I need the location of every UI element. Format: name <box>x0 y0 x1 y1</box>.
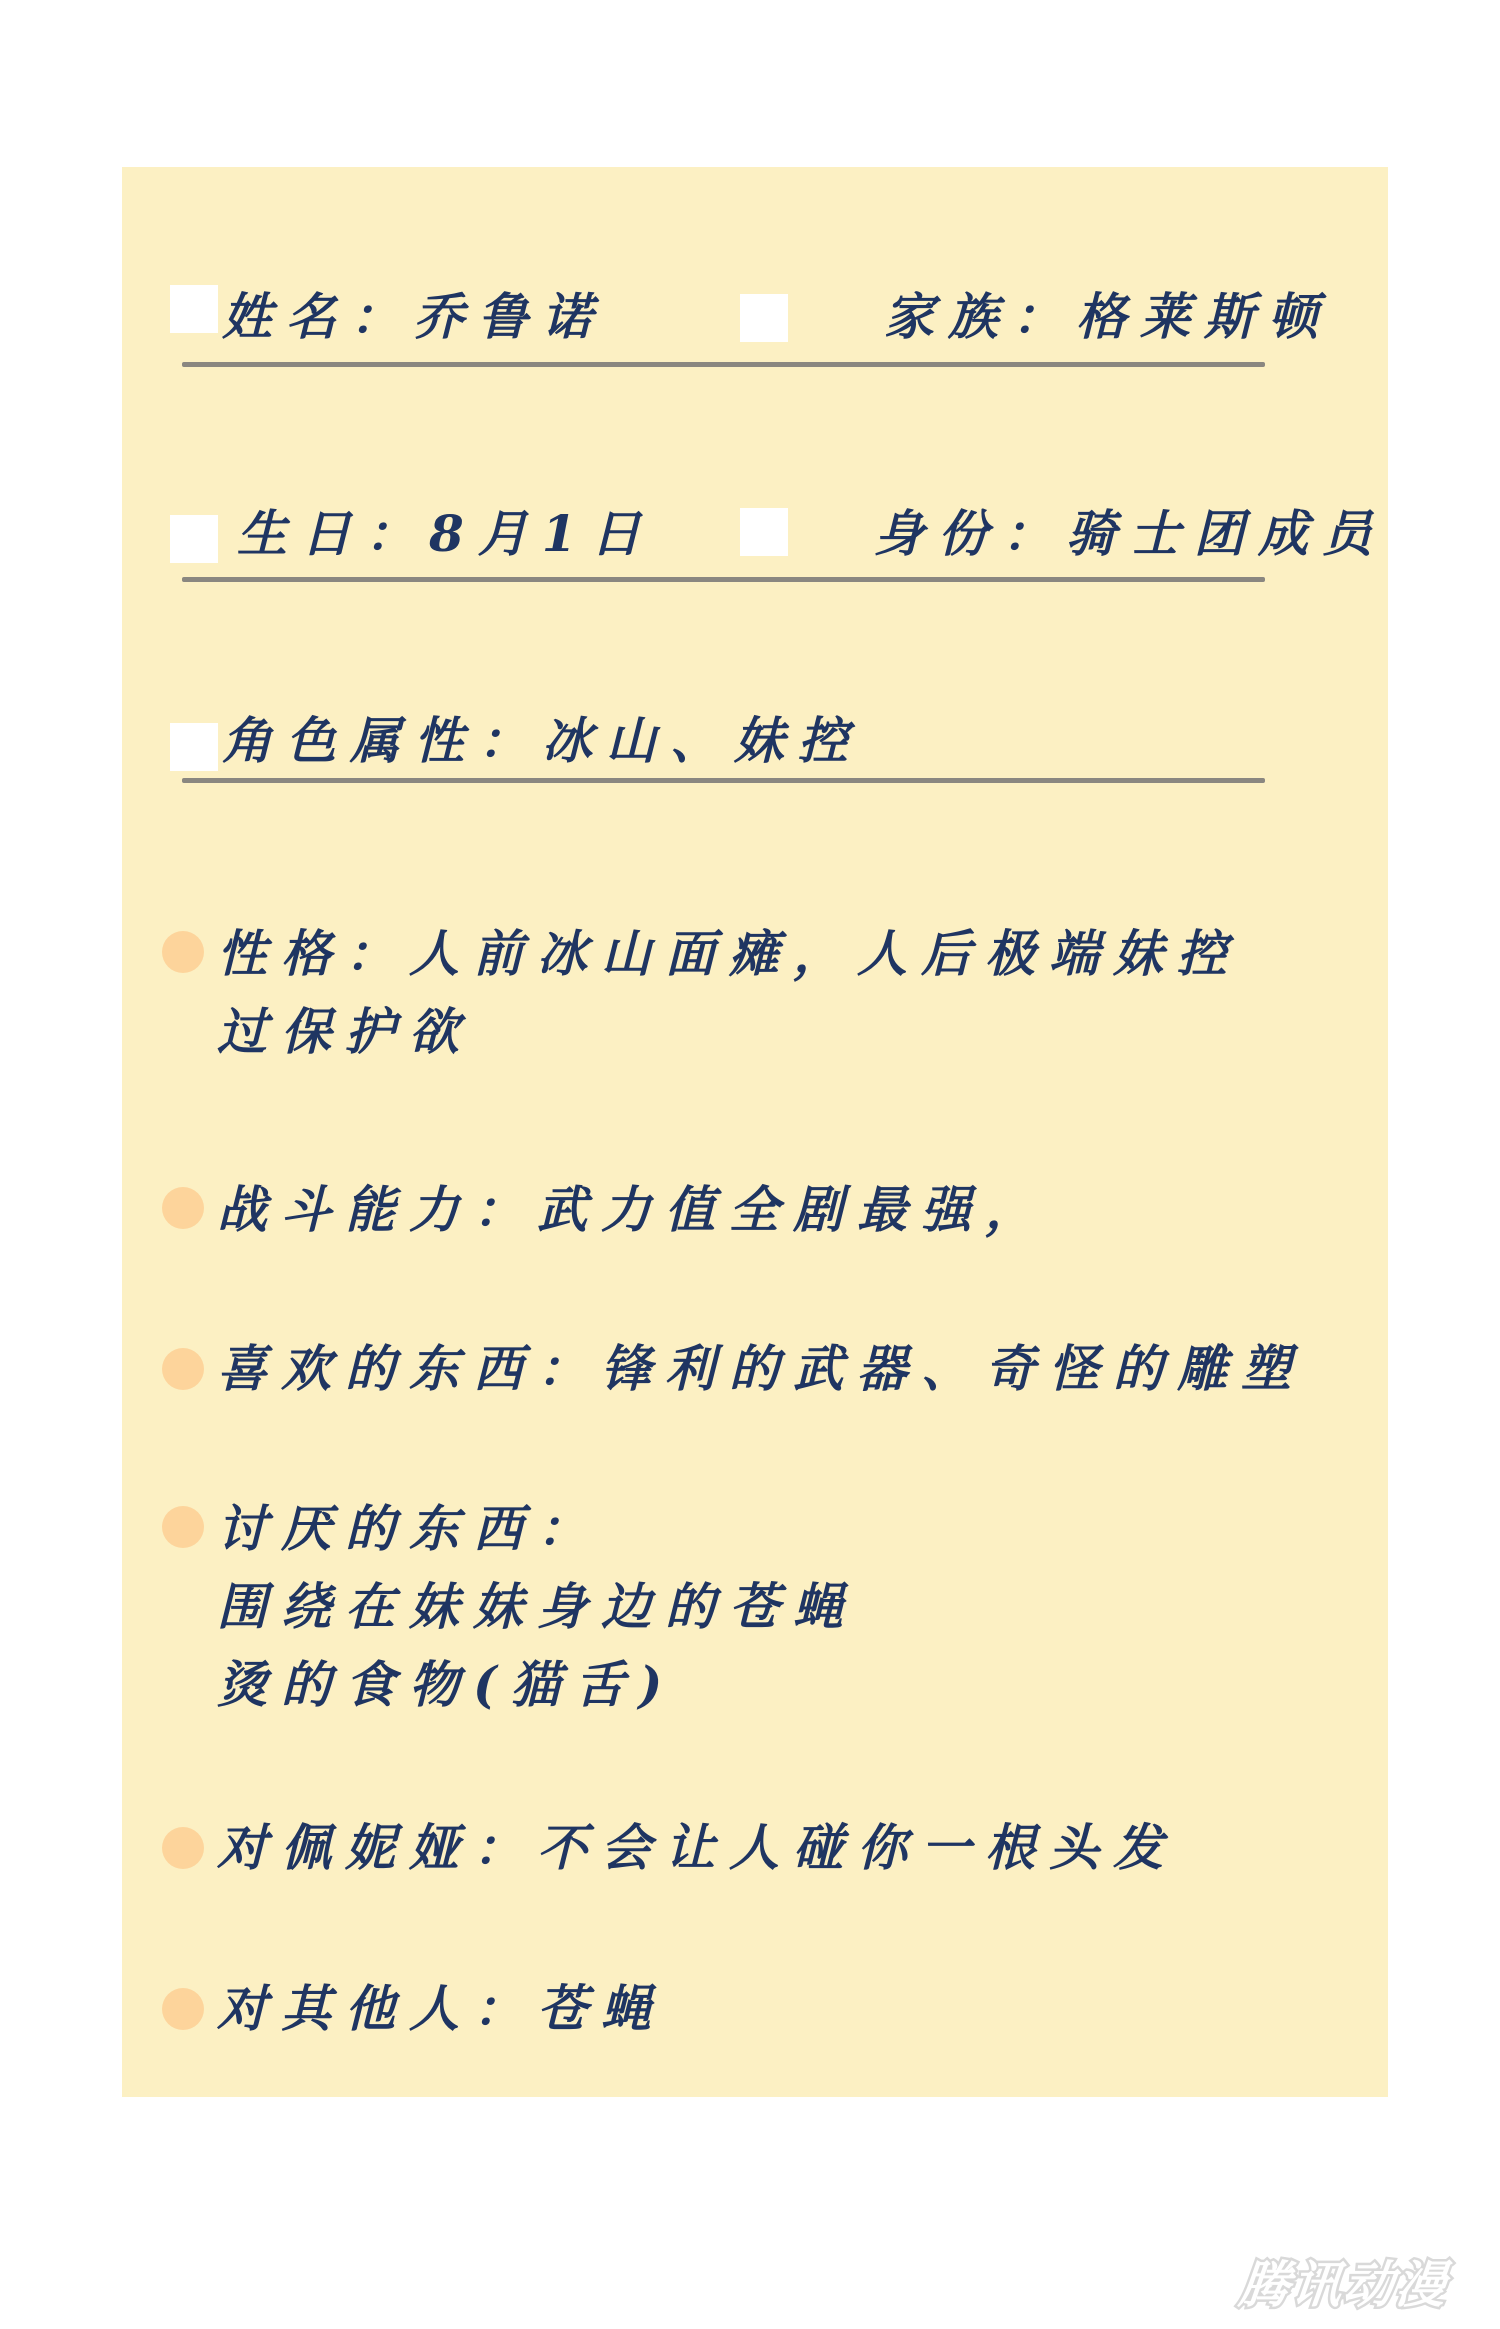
family-field: 家族：格莱斯顿 <box>884 287 1332 347</box>
birthday-value: 8月1日 <box>429 504 655 563</box>
identity-field: 身份：骑士团成员 <box>874 504 1386 564</box>
bullet-icon <box>162 1187 204 1229</box>
birthday-marker-icon <box>170 515 218 563</box>
detail-label: 对佩妮娅： <box>217 1818 537 1877</box>
attributes-field: 角色属性：冰山、妹控 <box>222 711 862 771</box>
row1-divider <box>182 362 1265 367</box>
attributes-label: 角色属性： <box>222 711 542 770</box>
detail-text: 对佩妮娅：不会让人碰你一根头发 <box>217 1809 1177 1887</box>
detail-text: 喜欢的东西：锋利的武器、奇怪的雕塑 <box>217 1330 1305 1408</box>
name-field: 姓名：乔鲁诺 <box>222 287 606 347</box>
bullet-icon <box>162 1348 204 1390</box>
name-marker-icon <box>170 285 218 333</box>
row2-divider <box>182 577 1265 582</box>
attributes-value: 冰山、妹控 <box>542 711 862 770</box>
watermark-logo: 腾讯动漫 <box>1236 2245 1452 2317</box>
bullet-icon <box>162 1506 204 1548</box>
detail-text: 讨厌的东西： 围绕在妹妹身边的苍蝇 烫的食物(猫舌) <box>217 1490 857 1724</box>
detail-text: 性格：人前冰山面瘫，人后极端妹控 过保护欲 <box>217 915 1241 1071</box>
detail-line: 烫的食物(猫舌) <box>217 1646 857 1724</box>
bullet-icon <box>162 1988 204 2030</box>
detail-line: 过保护欲 <box>217 993 1241 1071</box>
character-profile-card: 姓名：乔鲁诺 家族：格莱斯顿 生日：8月1日 身份：骑士团成员 角色属性：冰山、… <box>122 167 1388 2097</box>
name-label: 姓名： <box>222 287 414 346</box>
detail-label: 喜欢的东西： <box>217 1339 601 1398</box>
attributes-marker-icon <box>170 723 218 771</box>
detail-line: 锋利的武器、奇怪的雕塑 <box>601 1339 1305 1398</box>
name-value: 乔鲁诺 <box>414 287 606 346</box>
identity-value: 骑士团成员 <box>1066 504 1386 563</box>
identity-label: 身份： <box>874 504 1066 563</box>
detail-text: 战斗能力：武力值全剧最强， <box>217 1171 1049 1249</box>
detail-label: 对其他人： <box>217 1979 537 2038</box>
detail-line: 不会让人碰你一根头发 <box>537 1818 1177 1877</box>
detail-label: 讨厌的东西： <box>217 1499 601 1558</box>
detail-text: 对其他人：苍蝇 <box>217 1970 665 2048</box>
detail-label: 性格： <box>217 924 409 983</box>
birthday-label: 生日： <box>237 504 429 563</box>
row3-divider <box>182 778 1265 783</box>
birthday-field: 生日：8月1日 <box>237 504 655 564</box>
detail-line: 苍蝇 <box>537 1979 665 2038</box>
bullet-icon <box>162 931 204 973</box>
detail-line: 围绕在妹妹身边的苍蝇 <box>217 1568 857 1646</box>
family-marker-icon <box>740 294 788 342</box>
detail-label: 战斗能力： <box>217 1180 537 1239</box>
identity-marker-icon <box>740 508 788 556</box>
bullet-icon <box>162 1827 204 1869</box>
detail-line: 人前冰山面瘫，人后极端妹控 <box>409 924 1241 983</box>
family-label: 家族： <box>884 287 1076 346</box>
family-value: 格莱斯顿 <box>1076 287 1332 346</box>
detail-line: 武力值全剧最强， <box>537 1180 1049 1239</box>
